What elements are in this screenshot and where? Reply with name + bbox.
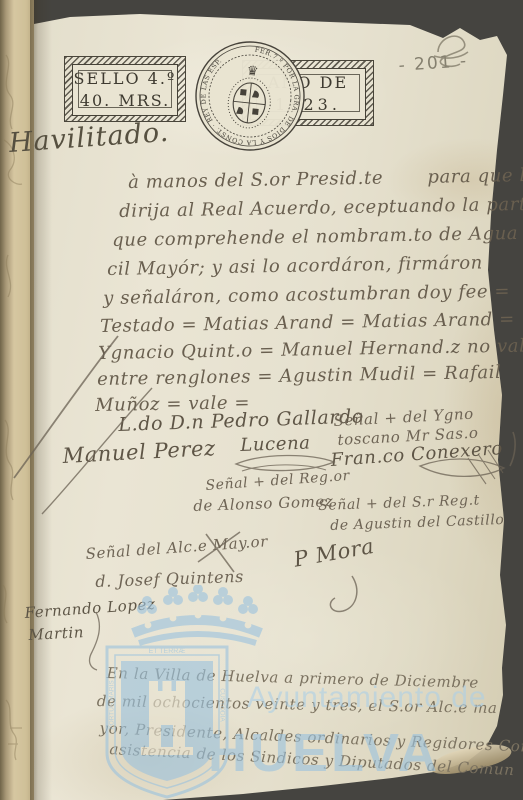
signature-manuel-perez: Manuel Perez xyxy=(62,436,216,468)
manuscript-line: entre renglones = Agustin Mudil = Rafail xyxy=(97,362,502,390)
closing-line: En la Villa de Huelva a primero de Dicie… xyxy=(107,664,480,692)
senal-alcalde-line1: Señal del Alc.e May.or xyxy=(85,532,269,563)
senal-regidor2-line1: Señal + del S.r Reg.t xyxy=(318,492,480,514)
manuscript-line: cil Mayór; y asi lo acordáron, firmáron xyxy=(107,252,483,280)
manuscript-line: dirija al Real Acuerdo, eceptuando la pa… xyxy=(119,194,523,222)
folio-number: - 201 - xyxy=(398,51,469,76)
crown-icon: ♛ xyxy=(246,64,259,80)
habilitado-note: Havilitado. xyxy=(8,117,170,159)
senal-regidor2-line2: de Agustin del Castillo xyxy=(330,512,505,534)
signature-p-mora: P Mora xyxy=(292,534,376,572)
page-content: - 201 - SELLO 4.º 40. MRS. AÑO DE 1823. … xyxy=(0,0,523,800)
margin-note-line1: Fernando Lopez xyxy=(24,595,156,622)
tax-stamp-left: SELLO 4.º 40. MRS. xyxy=(64,56,186,122)
manuscript-line: à manos del S.or Presid.te para que lo xyxy=(128,165,523,193)
manuscript-line: Testado = Matias Arand = Matias Arand = xyxy=(100,309,515,337)
manuscript-line: Ygnacio Quint.o = Manuel Hernand.z no va… xyxy=(98,335,523,364)
royal-seal: FER.7.º POR LA GRA. DE DIOS Y LA CONST. … xyxy=(193,39,307,153)
closing-line: de mil ochocientos veinte y tres, el S.o… xyxy=(97,692,498,717)
senal-regidor1-line1: Señal + del Reg.or xyxy=(205,468,350,494)
signature-gallardo-lucena: Lucena xyxy=(240,433,311,456)
manuscript-line: y señaláron, como acostumbran doy fee = xyxy=(103,281,510,309)
stamp-sello-line: SELLO 4.º xyxy=(74,68,177,90)
senal-alcalde-line2: d. Josef Quintens xyxy=(95,567,244,591)
margin-note-line2: Martin xyxy=(28,623,84,644)
stamp-mrs-line: 40. MRS. xyxy=(80,90,170,112)
senal-regidor1-line2: de Alonso Gomez xyxy=(193,492,334,515)
manuscript-line: que comprehende el nombram.to de Agua xyxy=(112,223,518,251)
